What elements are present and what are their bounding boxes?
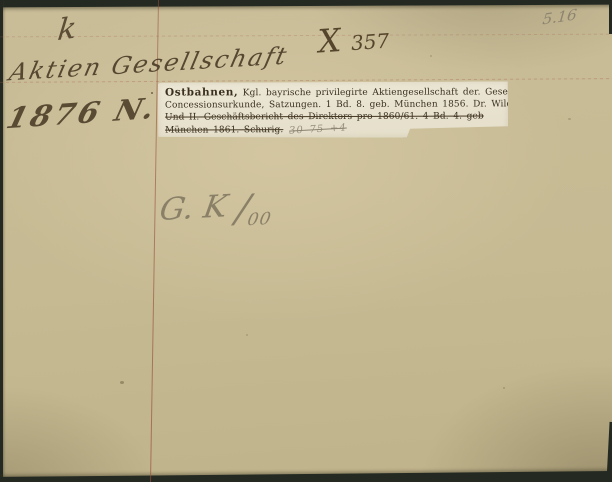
scan-edge-bottom [0,471,612,482]
call-number-letter: X [317,21,344,61]
paper-speck [568,118,571,120]
scan-edge-right-bottom [606,422,612,482]
ink-monogram: k [56,11,78,48]
call-number-digits: 357 [350,29,390,56]
ruled-line-horizontal-top [0,34,612,38]
label-line-1-text: Kgl. bayrische privilegirte Aktiengesell… [243,87,508,98]
scan-edge-top [0,0,612,7]
ink-dot [151,92,153,94]
printed-label-slip: Ostbahnen, Kgl. bayrische privilegirte A… [158,81,508,138]
paper-speck [503,387,505,389]
scan-edge-left [0,0,3,478]
label-line-3-struck: Und II. Geschäftsbericht des Direktors p… [165,112,484,123]
pencil-note-digits: 00 [246,209,273,230]
paper-speck [430,55,432,57]
label-line-4: München 1861. Schurig.30 75 +4 [165,123,502,136]
pencil-note-main: G. K [157,188,230,227]
paper-speck [120,381,124,384]
handwritten-call-number: X357 [317,18,390,61]
pencil-number-top-right: 5.16 [542,5,578,28]
label-line-4-struck: München 1861. Schurig. [165,125,283,135]
label-line-2: Concessionsurkunde, Satzungen. 1 Bd. 8. … [165,99,502,112]
pencil-price-note: 30 75 +4 [289,122,347,137]
label-line-1: Ostbahnen, Kgl. bayrische privilegirte A… [165,85,502,99]
pencil-note-center: G. K /00 [156,185,277,235]
label-title: Ostbahnen, [165,86,238,98]
catalog-card-scan: k Aktien Gesellschaft 1876 N. 1001. X357… [0,0,612,482]
paper-speck [246,334,248,336]
